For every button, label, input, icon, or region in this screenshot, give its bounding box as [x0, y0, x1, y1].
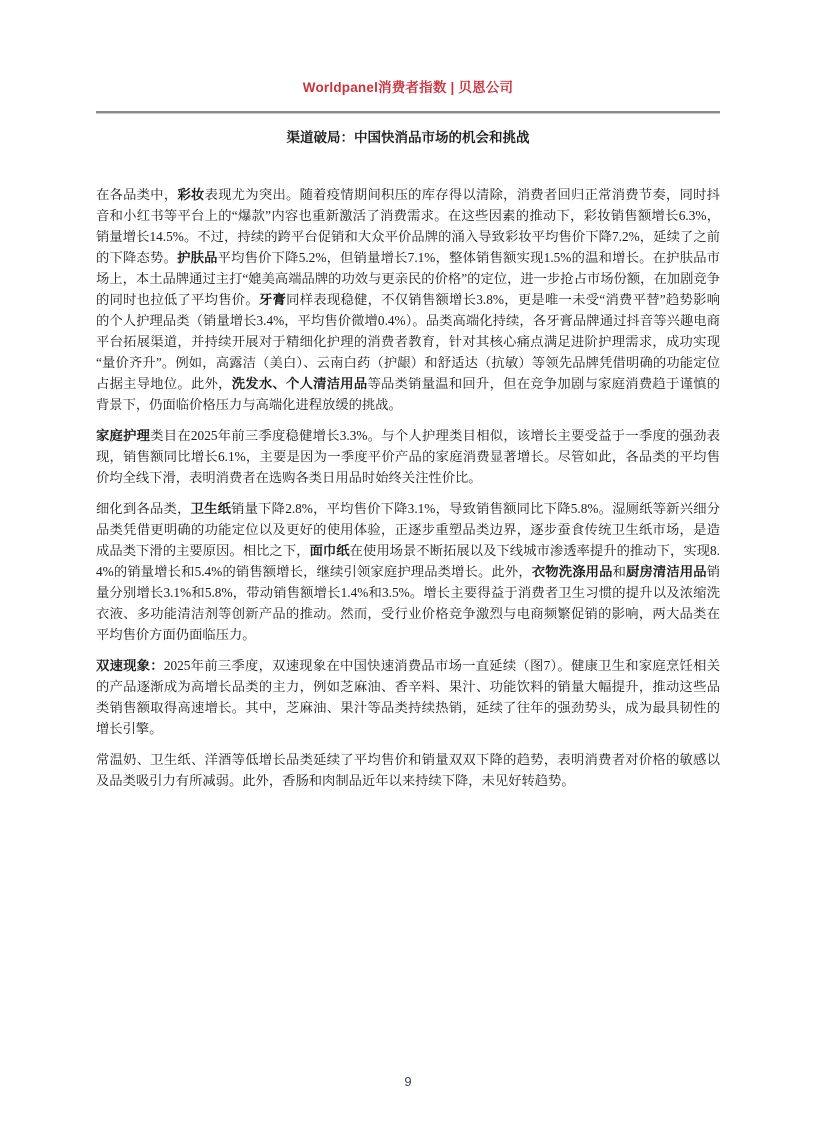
page-number: 9 [96, 1074, 720, 1089]
body-paragraph: 细化到各品类，卫生纸销量下降2.8%，平均售价下降3.1%，导致销售额同比下降5… [96, 498, 720, 645]
body-paragraph: 家庭护理类目在2025年前三季度稳健增长3.3%。与个人护理类目相似，该增长主要… [96, 425, 720, 488]
report-header: Worldpanel消费者指数 | 贝恩公司 [96, 76, 720, 96]
body-text: 在各品类中，彩妆表现尤为突出。随着疫情期间积压的库存得以清除，消费者回归正常消费… [96, 184, 720, 801]
body-paragraph: 双速现象：2025年前三季度，双速现象在中国快速消费品市场一直延续（图7）。健康… [96, 655, 720, 739]
body-paragraph: 常温奶、卫生纸、洋酒等低增长品类延续了平均售价和销量双双下降的趋势，表明消费者对… [96, 749, 720, 791]
body-paragraph: 在各品类中，彩妆表现尤为突出。随着疫情期间积压的库存得以清除，消费者回归正常消费… [96, 184, 720, 415]
document-page: Worldpanel消费者指数 | 贝恩公司 渠道破局：中国快消品市场的机会和挑… [0, 0, 816, 1145]
header-divider [96, 111, 720, 114]
page-title: 渠道破局：中国快消品市场的机会和挑战 [96, 126, 720, 146]
